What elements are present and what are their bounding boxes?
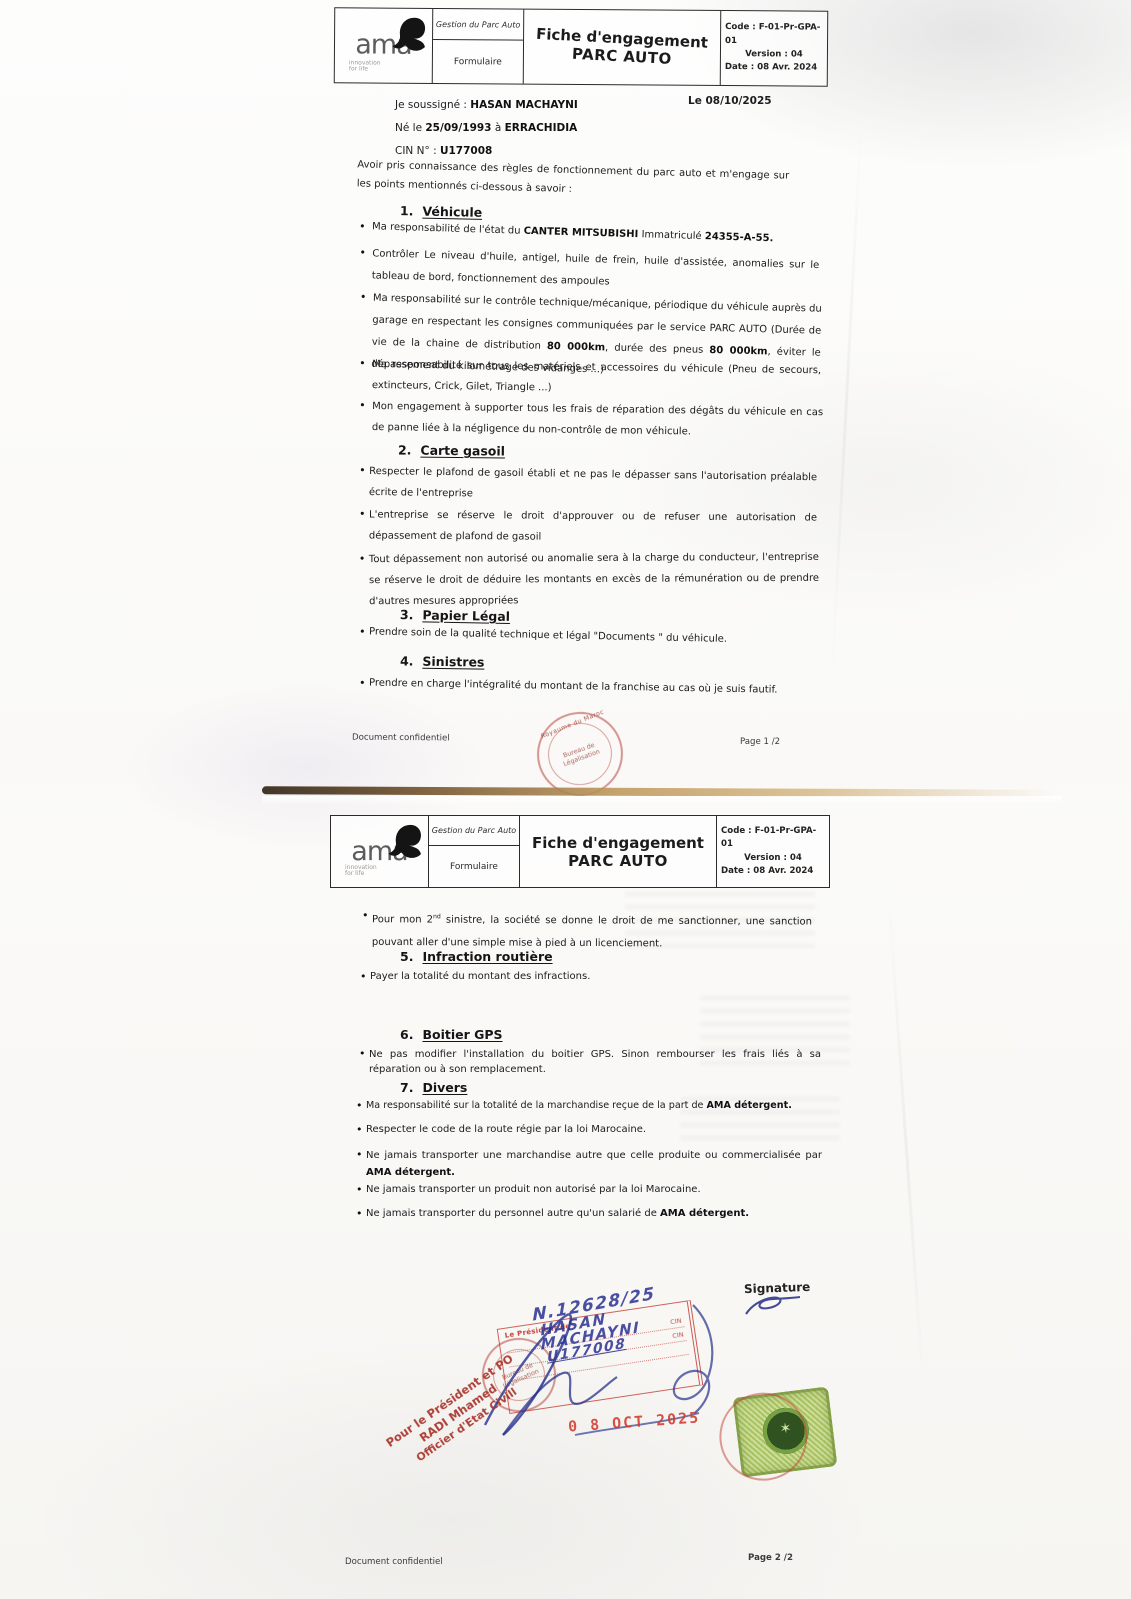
- s7-bullet-2: Respecter le code de la route régie par …: [356, 1124, 646, 1135]
- intro-paragraph: Avoir pris connaissance des règles de fo…: [357, 155, 790, 204]
- logo-tagline: innovation for life: [349, 60, 381, 73]
- section-7-heading: 7. Divers: [400, 1080, 467, 1095]
- section-1-number: 1.: [400, 203, 414, 218]
- code-cell: Code : F-01-Pr-GPA-01 Version : 04 Date …: [720, 11, 828, 86]
- s7-bullet-5: Ne jamais transporter du personnel autre…: [356, 1208, 749, 1219]
- page-number-p2: Page 2 /2: [748, 1553, 793, 1563]
- s1-bullet-4: Ma responsabilité sur tous les matériels…: [357, 354, 822, 402]
- s7-bullet-3: Ne jamais transporter une marchandise au…: [356, 1147, 822, 1181]
- tagline-line2: for life: [349, 66, 368, 73]
- section-5-heading: 5. Infraction routière: [400, 949, 553, 964]
- identity-cin-line: CIN N° : U177008: [395, 145, 492, 157]
- s7-bullet-1: Ma responsabilité sur la totalité de la …: [356, 1100, 792, 1111]
- doc-title-line2: PARC AUTO: [572, 45, 673, 68]
- logo-cell: ama innovation for life: [335, 8, 433, 83]
- code-cell-p2: Code : F-01-Pr-GPA-01 Version : 04 Date …: [716, 816, 829, 887]
- logo-cell-p2: ama innovation for life: [331, 816, 428, 887]
- section-4-heading: 4. Sinistres: [400, 653, 485, 669]
- fiscal-tax-stamp: ✶: [732, 1386, 837, 1477]
- s7-bullet-4: Ne jamais transporter un produit non aut…: [356, 1184, 701, 1195]
- s4-bullet-1: Prendre en charge l'intégralité du monta…: [359, 677, 778, 695]
- section-2-number: 2.: [398, 442, 412, 457]
- doc-title-line1-p2: Fiche d'engagement: [532, 834, 704, 852]
- form-label: Formulaire: [433, 40, 523, 83]
- identity-birth-line: Né le 25/09/1993 à ERRACHIDIA: [395, 122, 577, 134]
- section-5-number: 5.: [400, 949, 413, 964]
- section-3-heading: 3. Papier Légal: [400, 607, 510, 624]
- section-6-heading: 6. Boitier GPS: [400, 1027, 503, 1042]
- section-6-number: 6.: [400, 1027, 413, 1042]
- s2-bullet-1: Respecter le plafond de gasoil établi et…: [359, 461, 818, 509]
- identity-name-line: Je soussigné : HASAN MACHAYNI: [395, 99, 578, 111]
- section-1-title: Véhicule: [422, 204, 482, 220]
- section-1-heading: 1. Véhicule: [400, 203, 482, 220]
- section-7-number: 7.: [400, 1080, 413, 1095]
- bleedthrough-artifact: [680, 1090, 840, 1140]
- tagline-line2-p2: for life: [345, 870, 364, 877]
- ama-swan-logo-icon-p2: [386, 822, 424, 868]
- doc-date-p2: Date : 08 Avr. 2024: [721, 865, 825, 878]
- title-cell: Fiche d'engagement PARC AUTO: [523, 10, 721, 85]
- section-3-number: 3.: [400, 607, 414, 622]
- doc-version-p2: Version : 04: [721, 852, 825, 865]
- dept-label-p2: Gestion du Parc Auto: [429, 816, 519, 846]
- scanned-document: ama innovation for life Gestion du Parc …: [0, 0, 1131, 1599]
- form-header-page1: ama innovation for life Gestion du Parc …: [334, 7, 829, 86]
- s3-bullet-1: Prendre soin de la qualité technique et …: [359, 626, 727, 645]
- s2-bullet-3: Tout dépassement non autorisé ou anomali…: [359, 547, 819, 612]
- page-number-p1: Page 1 /2: [740, 737, 780, 747]
- dept-label: Gestion du Parc Auto: [433, 9, 523, 41]
- scan-crease: [830, 120, 862, 679]
- title-cell-p2: Fiche d'engagement PARC AUTO: [519, 816, 716, 887]
- section-6-title: Boitier GPS: [422, 1027, 502, 1042]
- s1-bullet-1: Ma responsabilité de l'état du CANTER MI…: [357, 221, 774, 244]
- ama-swan-logo-icon: [390, 15, 428, 61]
- confidential-label-p1: Document confidentiel: [352, 733, 450, 744]
- s2-bullet-2: L'entreprise se réserve le droit d'appro…: [359, 504, 817, 549]
- s6-bullet-1: Ne pas modifier l'installation du boitie…: [359, 1047, 821, 1077]
- doc-title-line2-p2: PARC AUTO: [568, 852, 668, 870]
- section-4-number: 4.: [400, 653, 414, 668]
- doc-version: Version : 04: [725, 48, 823, 62]
- form-type-cell-p2: Gestion du Parc Auto Formulaire: [428, 816, 519, 887]
- signed-date: Le 08/10/2025: [688, 95, 772, 107]
- form-type-cell: Gestion du Parc Auto Formulaire: [432, 9, 524, 84]
- section-2-heading: 2. Carte gasoil: [398, 442, 505, 458]
- section-4-title: Sinistres: [422, 654, 484, 670]
- section-7-title: Divers: [422, 1080, 467, 1095]
- form-label-p2: Formulaire: [429, 846, 519, 887]
- scan-crease: [888, 901, 926, 1400]
- doc-code: Code : F-01-Pr-GPA-01: [725, 21, 823, 48]
- logo-tagline-p2: innovation for life: [345, 865, 377, 878]
- confidential-label-p2: Document confidentiel: [345, 1557, 443, 1567]
- page-separator-glow: [262, 796, 1062, 806]
- section-2-title: Carte gasoil: [420, 443, 505, 459]
- s1-bullet-5: Mon engagement à supporter tous les frai…: [357, 396, 824, 445]
- doc-date: Date : 08 Avr. 2024: [725, 61, 823, 75]
- signature-scribble-icon: [738, 1292, 810, 1322]
- doc-code-p2: Code : F-01-Pr-GPA-01: [721, 825, 825, 852]
- section-5-title: Infraction routière: [422, 949, 552, 964]
- s5-bullet-1: Payer la totalité du montant des infract…: [360, 971, 590, 982]
- form-header-page2: ama innovation for life Gestion du Parc …: [330, 815, 830, 888]
- section-3-title: Papier Légal: [422, 607, 510, 624]
